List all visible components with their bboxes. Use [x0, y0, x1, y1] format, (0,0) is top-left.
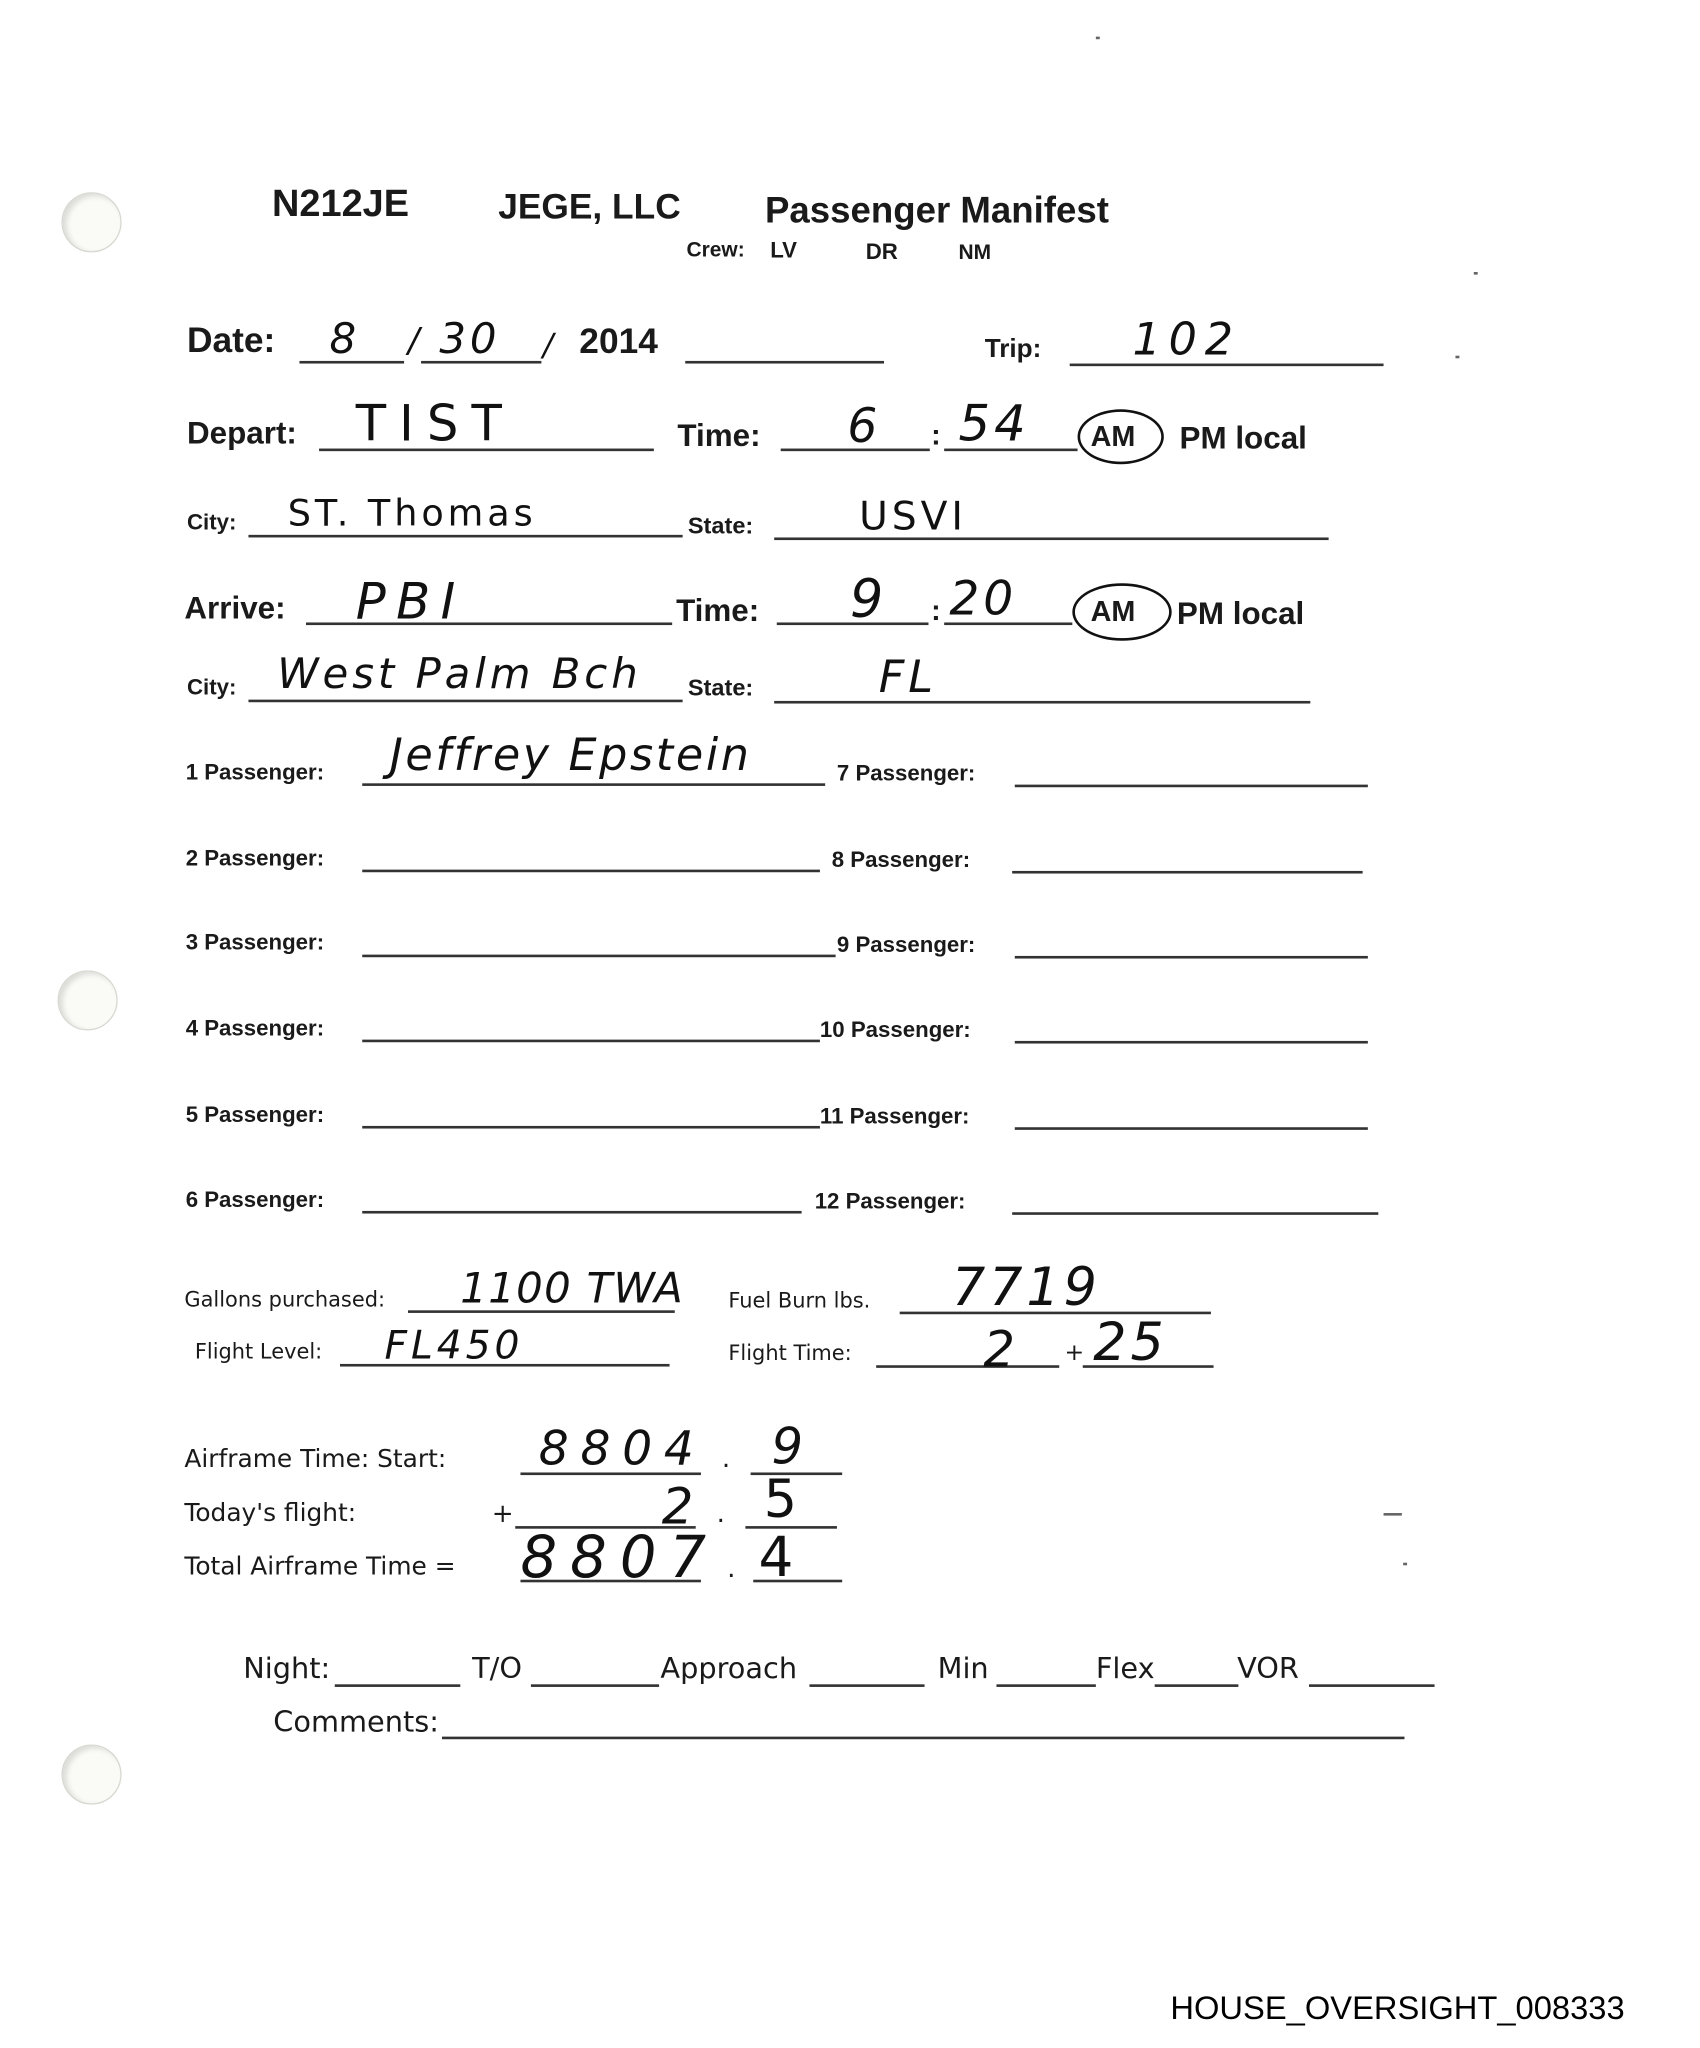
crew-label: Crew: [687, 239, 745, 263]
takeoff-label: T/O [472, 1653, 522, 1686]
passenger-1-label: 1 Passenger: [186, 760, 324, 786]
today-plus: + [492, 1497, 514, 1528]
crew-member-2: DR [866, 239, 898, 265]
flight-level-field[interactable]: FL450 [384, 1323, 523, 1369]
airframe-start-label: Airframe Time: Start: [184, 1445, 446, 1474]
passenger-7-label: 7 Passenger: [837, 761, 975, 787]
passenger-11-label: 11 Passenger: [820, 1104, 970, 1130]
depart-time-colon: : [931, 418, 941, 452]
arrive-city-label: City: [187, 675, 236, 701]
night-label: Night: [243, 1653, 330, 1686]
company-name: JEGE, LLC [498, 187, 680, 228]
passenger-2-label: 2 Passenger: [186, 846, 324, 872]
hole-punch-middle [58, 970, 118, 1030]
arrive-time-label: Time: [676, 594, 759, 631]
arrive-pm-local[interactable]: PM local [1177, 596, 1304, 633]
depart-am-option[interactable]: AM [1091, 420, 1136, 454]
date-day-field[interactable]: 30 [439, 314, 500, 364]
flight-time-label: Flight Time: [728, 1340, 851, 1365]
fuel-burn-label: Fuel Burn lbs. [728, 1288, 870, 1313]
arrive-minute-field[interactable]: 20 [949, 573, 1017, 627]
total-tenth-field[interactable]: 4 [758, 1525, 797, 1589]
trip-label: Trip: [985, 335, 1042, 365]
depart-time-label: Time: [677, 418, 760, 455]
today-tenth-field[interactable]: 5 [764, 1470, 801, 1530]
arrive-city-field[interactable]: West Palm Bch [277, 649, 641, 699]
total-dot: . [727, 1552, 735, 1583]
bates-number: HOUSE_OVERSIGHT_008333 [1170, 1990, 1624, 2028]
date-sep-1: / [408, 322, 423, 361]
total-airframe-label: Total Airframe Time = [184, 1552, 455, 1581]
tail-number: N212JE [272, 183, 409, 226]
passenger-6-label: 6 Passenger: [186, 1187, 324, 1213]
vor-label: VOR [1237, 1653, 1299, 1686]
min-label: Min [938, 1653, 989, 1686]
depart-airport-field[interactable]: TIST [356, 395, 515, 453]
passenger-1-field[interactable]: Jeffrey Epstein [390, 730, 752, 782]
airframe-start-dot: . [722, 1442, 730, 1473]
today-flight-label: Today's flight: [184, 1499, 356, 1528]
passenger-3-label: 3 Passenger: [186, 930, 324, 956]
hole-punch-top [61, 192, 121, 252]
date-month-field[interactable]: 8 [330, 314, 361, 364]
airframe-start-whole-field[interactable]: 8804 [539, 1423, 706, 1477]
arrive-time-colon: : [931, 594, 941, 628]
passenger-12-label: 12 Passenger: [815, 1189, 966, 1215]
arrive-airport-field[interactable]: PBI [356, 573, 466, 631]
arrive-state-label: State: [688, 675, 753, 702]
depart-city-field[interactable]: ST. Thomas [288, 492, 537, 535]
flight-time-minutes-field[interactable]: 25 [1093, 1313, 1167, 1373]
arrive-label: Arrive: [184, 591, 285, 628]
depart-hour-field[interactable]: 6 [847, 400, 881, 454]
flight-time-hours-field[interactable]: 2 [983, 1321, 1019, 1379]
page-title: Passenger Manifest [765, 190, 1109, 232]
passenger-8-label: 8 Passenger: [832, 847, 970, 873]
depart-minute-field[interactable]: 54 [959, 395, 1030, 453]
gallons-label: Gallons purchased: [184, 1287, 385, 1312]
arrive-hour-field[interactable]: 9 [850, 570, 887, 630]
arrive-state-field[interactable]: FL [879, 651, 937, 703]
fuel-burn-field[interactable]: 7719 [952, 1258, 1101, 1318]
crew-member-3: NM [959, 242, 992, 266]
date-sep-2: / [543, 327, 558, 364]
passenger-9-label: 9 Passenger: [837, 932, 975, 958]
flight-level-label: Flight Level: [195, 1339, 322, 1364]
flight-time-plus: + [1064, 1339, 1084, 1366]
passenger-10-label: 10 Passenger: [820, 1017, 971, 1043]
depart-state-field[interactable]: USVI [859, 494, 967, 540]
arrive-am-option[interactable]: AM [1091, 595, 1136, 629]
total-whole-field[interactable]: 8807 [520, 1525, 719, 1592]
comments-label: Comments: [273, 1707, 439, 1740]
depart-pm-local[interactable]: PM local [1180, 421, 1307, 458]
depart-city-label: City: [187, 510, 236, 536]
approach-label: Approach [660, 1653, 797, 1686]
date-year: 2014 [579, 322, 658, 363]
passenger-4-label: 4 Passenger: [186, 1016, 324, 1042]
depart-state-label: State: [688, 513, 753, 540]
date-label: Date: [187, 320, 275, 361]
airframe-start-tenth-field[interactable]: 9 [772, 1418, 808, 1476]
hole-punch-bottom [61, 1744, 121, 1804]
manifest-page: N212JE JEGE, LLC Passenger Manifest Crew… [0, 0, 1700, 2048]
flex-label: Flex [1096, 1653, 1155, 1686]
passenger-5-label: 5 Passenger: [186, 1102, 324, 1128]
crew-member-1: LV [770, 238, 797, 264]
trip-number-field[interactable]: 102 [1132, 314, 1240, 366]
depart-label: Depart: [187, 416, 297, 453]
gallons-field[interactable]: 1100 TWA [460, 1263, 684, 1313]
